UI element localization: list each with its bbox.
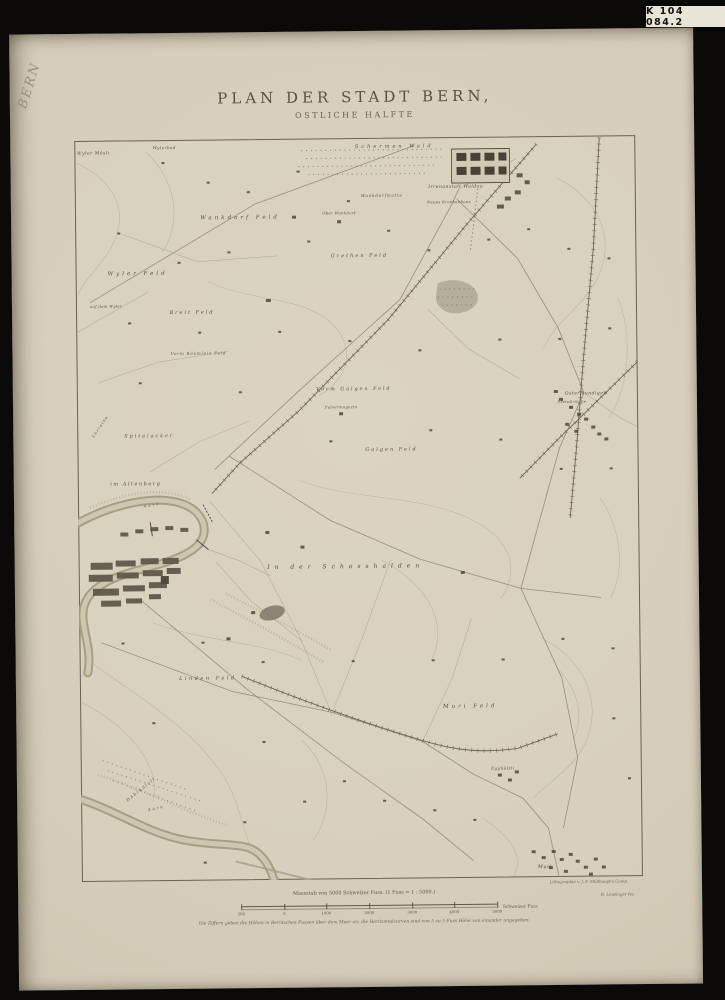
scale-tick [327, 903, 328, 909]
map-label: Muri [538, 865, 552, 870]
scale-tick-label: 0 [283, 912, 286, 916]
scale-tick-label: 500 [238, 912, 245, 916]
map-label: Linden Feld [179, 676, 237, 682]
map-label: auf dem Wyler [90, 305, 122, 309]
map-label: Wankdorfmatte [361, 194, 403, 198]
map-label: Ostermundigen [565, 391, 607, 396]
map-label: Irrenanstalt Waldau [428, 184, 483, 189]
map-label: Spitalacker [124, 434, 174, 439]
map-label: In der Schosshalden [267, 562, 424, 570]
map-label: Schermen Wald [355, 144, 434, 150]
scale-tick [455, 902, 456, 908]
map-label: Ober Wankdorf [322, 211, 355, 215]
map-label: Steinbrüche [557, 400, 586, 404]
map-label: Breit Feld [169, 310, 214, 315]
map-label: Lorraine [91, 415, 109, 438]
map-label: Galgen Feld [365, 447, 418, 453]
map-labels-layer: Wyler MösliWylerbadSchermen WaldIrrenans… [0, 0, 725, 1000]
scale-tick [241, 904, 242, 910]
map-label: Wyler Feld [108, 270, 168, 276]
scale-bar: 500010002000300040005000 [241, 902, 497, 919]
map-label: Aare [143, 502, 160, 508]
scale-tick-label: 2000 [364, 911, 374, 916]
scale-tick-label: 3000 [407, 910, 417, 915]
scale-tick-label: 5000 [492, 909, 502, 914]
map-label: Aare [147, 804, 164, 811]
scanned-map-page: BERN PLAN DER STADT BERN, OSTLICHE HALFT… [0, 0, 725, 1000]
map-label: Wankdorf Feld [200, 214, 280, 220]
map-label: Vorm Bäumlein Feld [171, 351, 227, 356]
scale-tick [497, 902, 498, 908]
scale-tick-label: 4000 [450, 910, 460, 915]
map-label: Muri Feld [443, 703, 497, 709]
map-label: Pulvermagazin [325, 405, 358, 409]
scale-tick-label: 1000 [322, 911, 332, 916]
lithographer-imprint: Lithographie v. J. F. Müllhaupt's Comp. [550, 879, 629, 884]
map-label: Wylerbad [153, 146, 176, 150]
scale-tick [284, 904, 285, 910]
map-label: Neues Krankenhaus [427, 200, 471, 204]
engraver-imprint: R. Leuzinger fec. [601, 892, 636, 897]
scale-unit-label: Schweizer Fuss [503, 904, 538, 909]
map-label: Grethen Feld [331, 253, 388, 259]
map-label: Dählhölzli [126, 776, 157, 802]
map-label: Egghölzli [491, 766, 515, 770]
scale-tick [369, 903, 370, 909]
catalog-stamp: K 104 084.2 [646, 6, 725, 27]
map-label: im Altenberg [110, 482, 161, 488]
map-label: Vorm Galgen Feld [316, 386, 392, 392]
paper-sheet-wrapper: BERN PLAN DER STADT BERN, OSTLICHE HALFT… [0, 0, 725, 1000]
map-label: Wyler Mösli [77, 151, 110, 156]
scale-tick [412, 902, 413, 908]
